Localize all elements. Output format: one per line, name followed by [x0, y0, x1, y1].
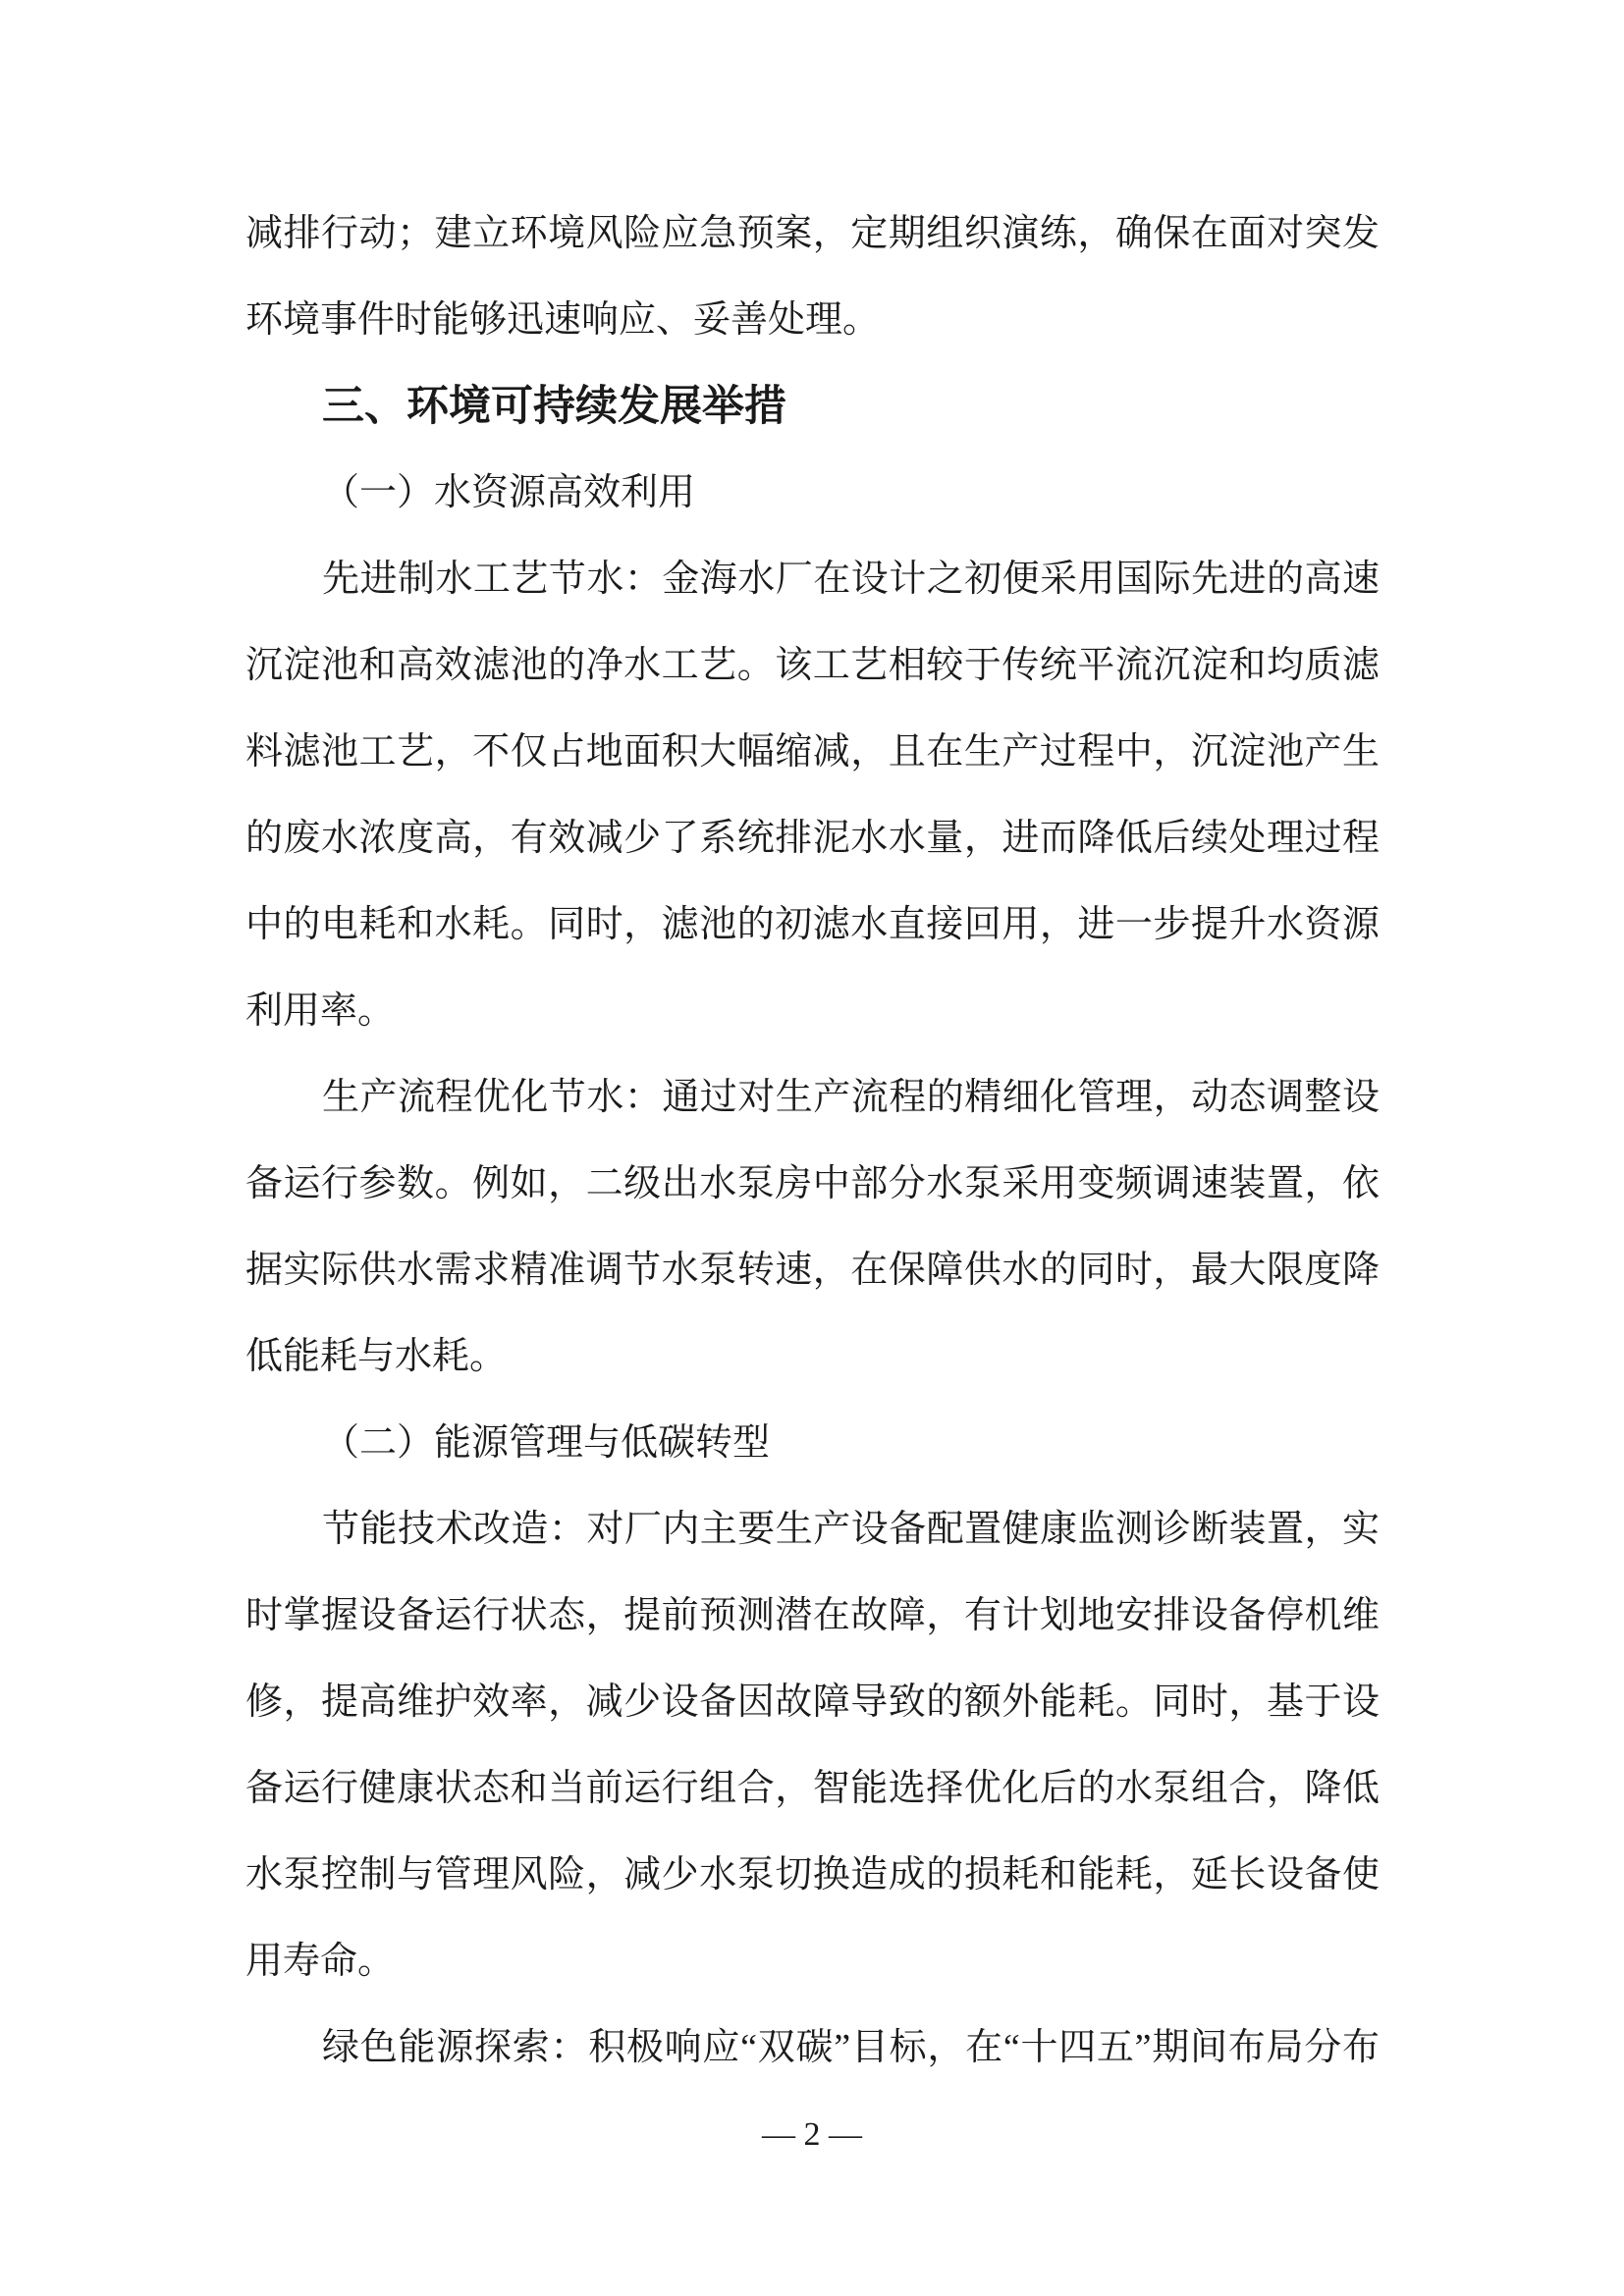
text-line: 修，提高维护效率，减少设备因故障导致的额外能耗。同时，基于设 [245, 1659, 1380, 1745]
section-heading: 三、环境可持续发展举措 [245, 363, 1380, 450]
text-line: 时掌握设备运行状态，提前预测潜在故障，有计划地安排设备停机维 [245, 1573, 1380, 1659]
subsection-heading: （二）能源管理与低碳转型 [245, 1400, 1380, 1486]
text-line: 水泵控制与管理风险，减少水泵切换造成的损耗和能耗，延长设备使 [245, 1832, 1380, 1918]
text-line: 绿色能源探索：积极响应“双碳”目标，在“十四五”期间布局分布 [245, 2004, 1380, 2091]
text-line: 沉淀池和高效滤池的净水工艺。该工艺相较于传统平流沉淀和均质滤 [245, 622, 1380, 709]
text-line: 环境事件时能够迅速响应、妥善处理。 [245, 277, 1380, 363]
text-line: 生产流程优化节水：通过对生产流程的精细化管理，动态调整设 [245, 1054, 1380, 1141]
text-line: 利用率。 [245, 968, 1380, 1054]
text-line: 节能技术改造：对厂内主要生产设备配置健康监测诊断装置，实 [245, 1486, 1380, 1573]
subsection-heading: （一）水资源高效利用 [245, 450, 1380, 536]
document-body: 减排行动；建立环境风险应急预案，定期组织演练，确保在面对突发 环境事件时能够迅速… [245, 190, 1380, 2091]
page-number: — 2 — [0, 2109, 1624, 2162]
text-line: 低能耗与水耗。 [245, 1313, 1380, 1400]
text-line: 减排行动；建立环境风险应急预案，定期组织演练，确保在面对突发 [245, 190, 1380, 277]
text-line: 料滤池工艺，不仅占地面积大幅缩减，且在生产过程中，沉淀池产生 [245, 709, 1380, 795]
text-line: 据实际供水需求精准调节水泵转速，在保障供水的同时，最大限度降 [245, 1227, 1380, 1313]
text-line: 备运行健康状态和当前运行组合，智能选择优化后的水泵组合，降低 [245, 1745, 1380, 1832]
text-line: 中的电耗和水耗。同时，滤池的初滤水直接回用，进一步提升水资源 [245, 881, 1380, 968]
text-line: 的废水浓度高，有效减少了系统排泥水水量，进而降低后续处理过程 [245, 795, 1380, 881]
text-line: 先进制水工艺节水：金海水厂在设计之初便采用国际先进的高速 [245, 536, 1380, 622]
document-page: 减排行动；建立环境风险应急预案，定期组织演练，确保在面对突发 环境事件时能够迅速… [0, 0, 1624, 2296]
text-line: 用寿命。 [245, 1918, 1380, 2004]
text-line: 备运行参数。例如，二级出水泵房中部分水泵采用变频调速装置，依 [245, 1141, 1380, 1227]
